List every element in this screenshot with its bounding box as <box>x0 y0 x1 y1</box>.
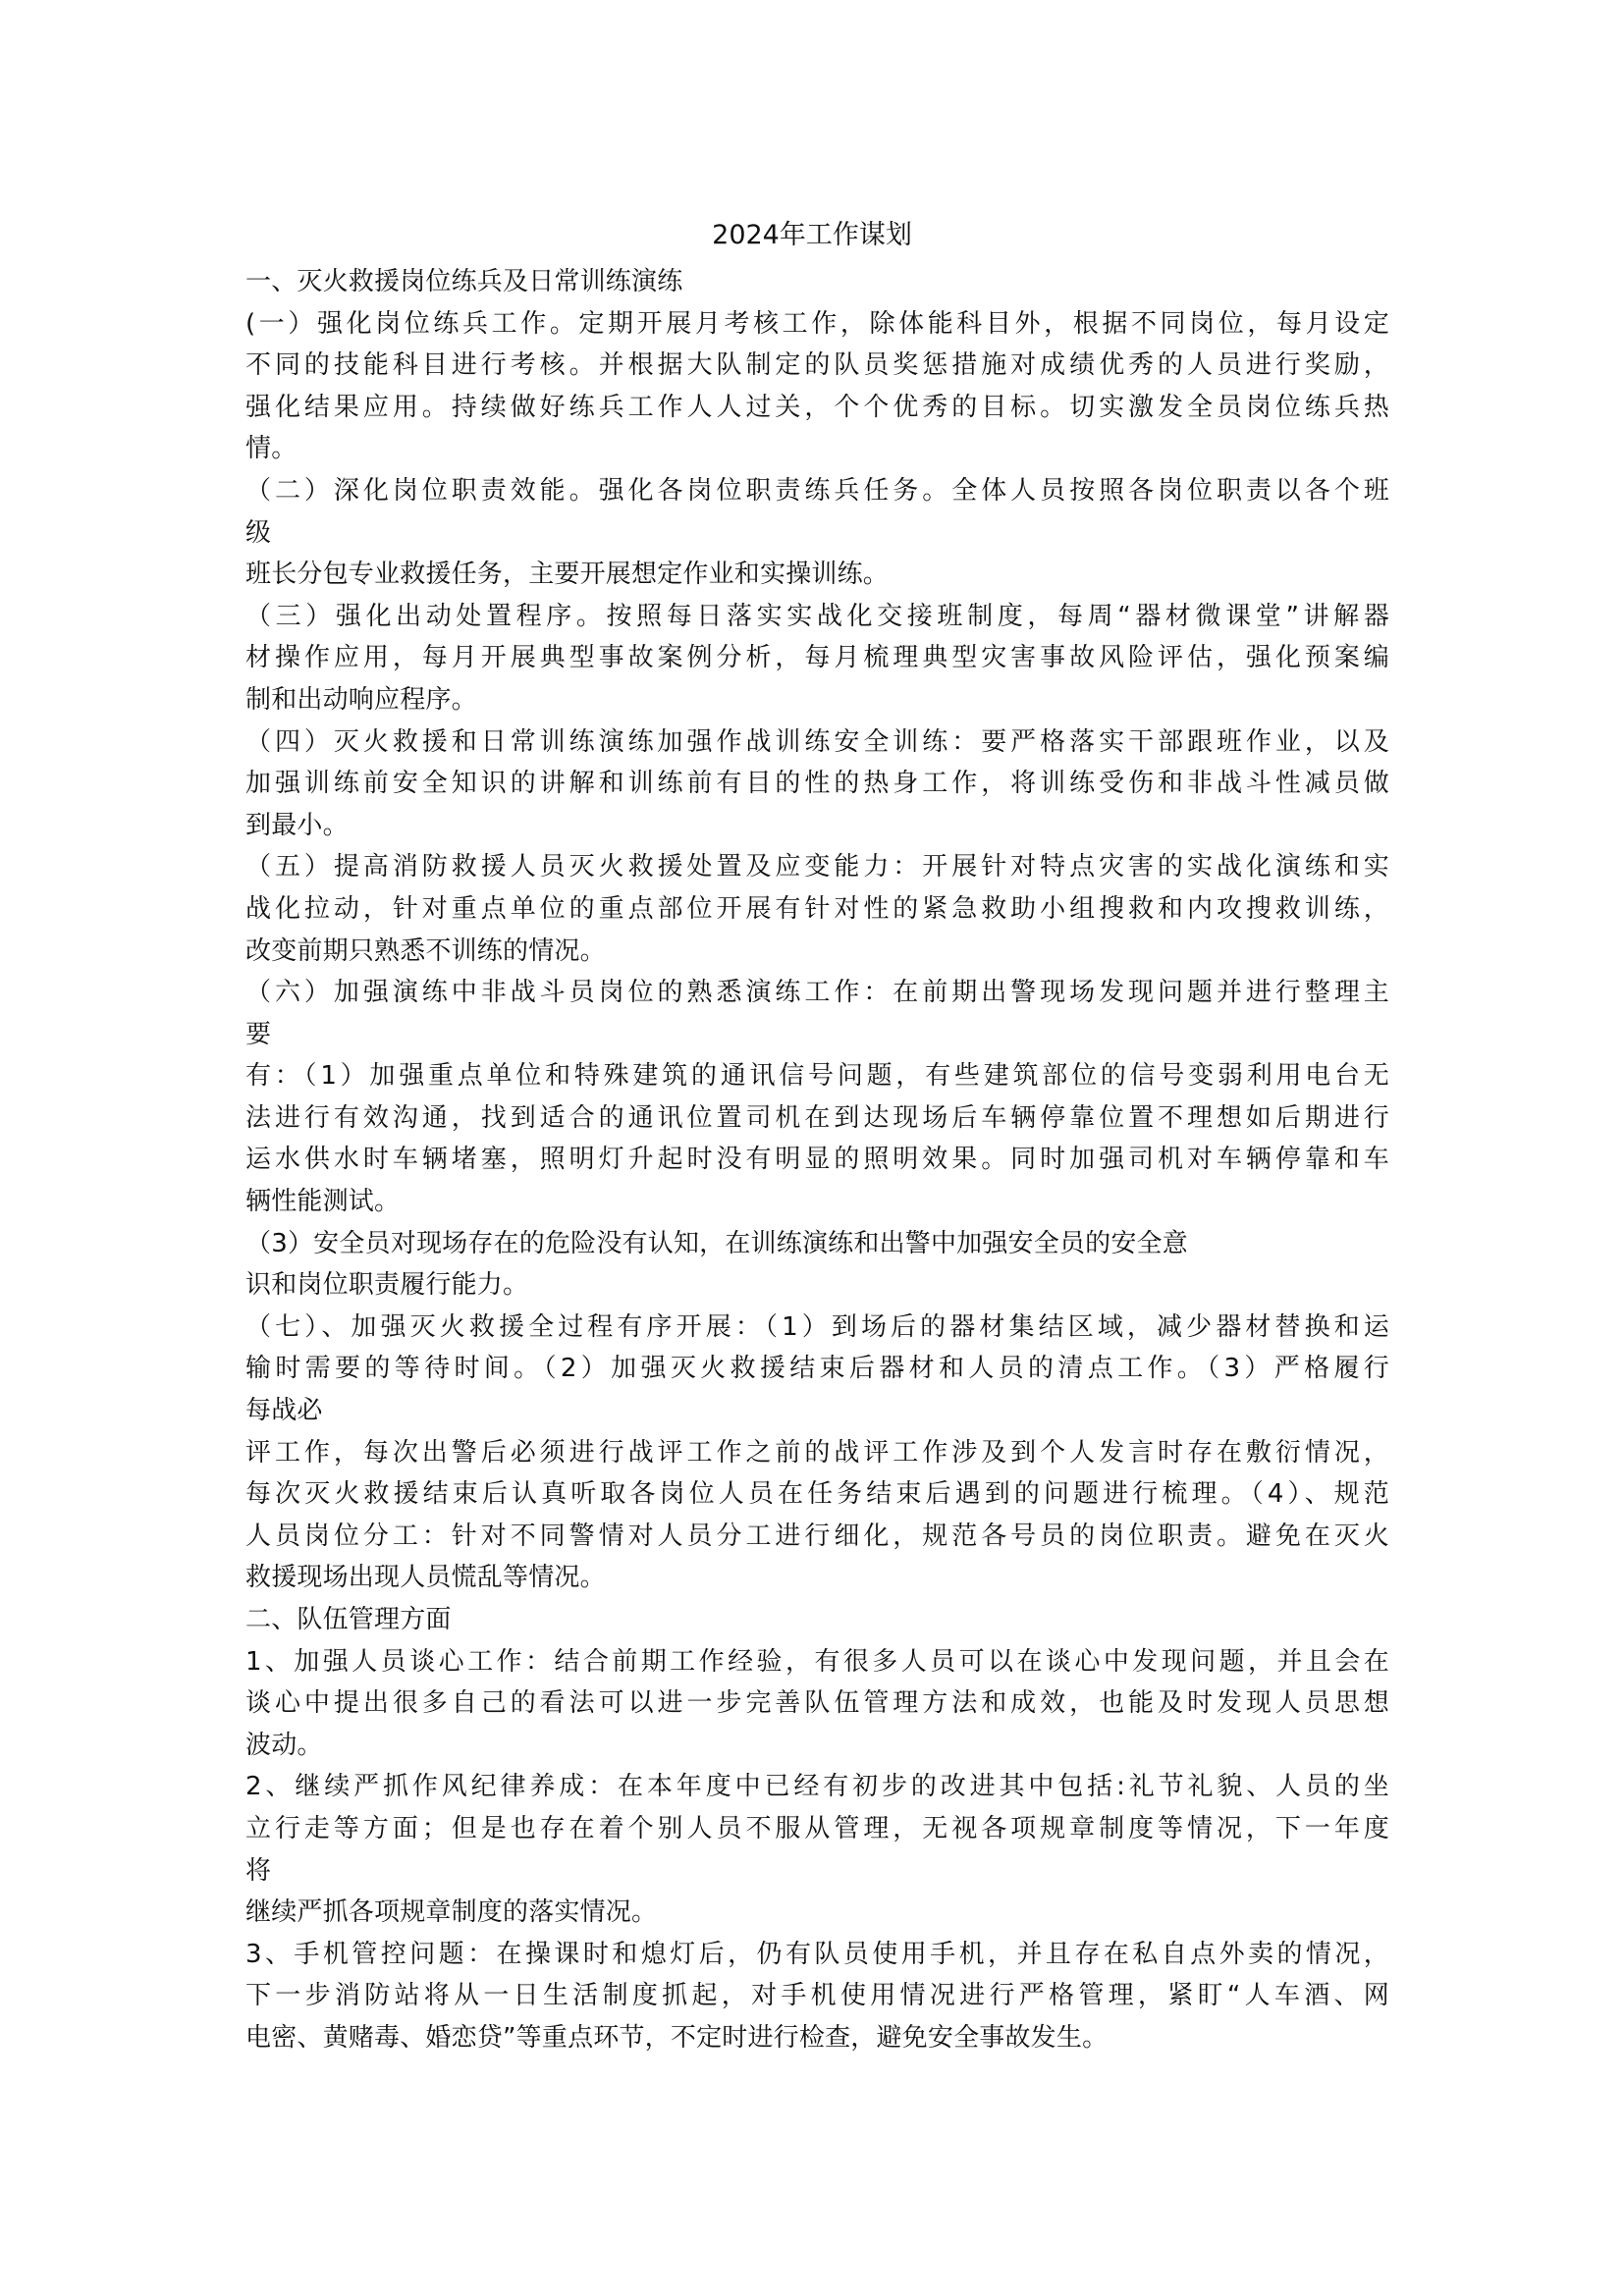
text-line: （二）深化岗位职责效能。强化各岗位职责练兵任务。全体人员按照各岗位职责以各个班 <box>245 470 1389 512</box>
text-line: 法进行有效沟通，找到适合的通讯位置司机在到达现场后车辆停靠位置不理想如后期进行 <box>245 1097 1389 1140</box>
document-page: 2024年工作谋划 一、灭火救援岗位练兵及日常训练演练(一）强化岗位练兵工作。定… <box>0 0 1624 2296</box>
document-title: 2024年工作谋划 <box>0 216 1624 255</box>
text-line: 一、灭火救援岗位练兵及日常训练演练 <box>245 261 1389 303</box>
text-line: 1、加强人员谈心工作：结合前期工作经验，有很多人员可以在谈心中发现问题，并且会在 <box>245 1641 1389 1683</box>
text-line: 改变前期只熟悉不训练的情况。 <box>245 931 1389 973</box>
text-line: 救援现场出现人员慌乱等情况。 <box>245 1557 1389 1599</box>
text-line: 电密、黄赌毒、婚恋贷”等重点环节，不定时进行检查，避免安全事故发生。 <box>245 2017 1389 2059</box>
text-line: 辆性能测试。 <box>245 1181 1389 1223</box>
text-line: 班长分包专业救援任务，主要开展想定作业和实操训练。 <box>245 554 1389 596</box>
text-line: （三）强化出动处置程序。按照每日落实实战化交接班制度，每周“器材微课堂”讲解器 <box>245 596 1389 638</box>
text-line: 有：（1）加强重点单位和特殊建筑的通讯信号问题，有些建筑部位的信号变弱利用电台无 <box>245 1055 1389 1097</box>
text-line: 3、手机管控问题：在操课时和熄灯后，仍有队员使用手机，并且存在私自点外卖的情况， <box>245 1934 1389 1976</box>
text-line: 人员岗位分工：针对不同警情对人员分工进行细化，规范各号员的岗位职责。避免在灭火 <box>245 1516 1389 1558</box>
text-line: 评工作，每次出警后必须进行战评工作之前的战评工作涉及到个人发言时存在敷衍情况， <box>245 1432 1389 1474</box>
text-line: 强化结果应用。持续做好练兵工作人人过关，个个优秀的目标。切实激发全员岗位练兵热 <box>245 387 1389 429</box>
text-line: 将 <box>245 1850 1389 1893</box>
text-line: （六）加强演练中非战斗员岗位的熟悉演练工作：在前期出警现场发现问题并进行整理主 <box>245 972 1389 1014</box>
text-line: 波动。 <box>245 1725 1389 1767</box>
text-line: 识和岗位职责履行能力。 <box>245 1264 1389 1307</box>
text-line: 2、继续严抓作风纪律养成：在本年度中已经有初步的改进其中包括:礼节礼貌、人员的坐 <box>245 1766 1389 1808</box>
text-line: （四）灭火救援和日常训练演练加强作战训练安全训练：要严格落实干部跟班作业，以及 <box>245 721 1389 764</box>
text-line: （3）安全员对现场存在的危险没有认知，在训练演练和出警中加强安全员的安全意 <box>245 1223 1389 1265</box>
text-line: 战化拉动，针对重点单位的重点部位开展有针对性的紧急救助小组搜救和内攻搜救训练， <box>245 888 1389 931</box>
text-line: 不同的技能科目进行考核。并根据大队制定的队员奖惩措施对成绩优秀的人员进行奖励， <box>245 345 1389 387</box>
text-line: 运水供水时车辆堵塞，照明灯升起时没有明显的照明效果。同时加强司机对车辆停靠和车 <box>245 1139 1389 1181</box>
text-line: (一）强化岗位练兵工作。定期开展月考核工作，除体能科目外，根据不同岗位，每月设定 <box>245 303 1389 346</box>
text-line: 立行走等方面；但是也存在着个别人员不服从管理，无视各项规章制度等情况，下一年度 <box>245 1808 1389 1850</box>
text-line: 制和出动响应程序。 <box>245 679 1389 721</box>
text-line: 输时需要的等待时间。（2）加强灭火救援结束后器材和人员的清点工作。（3）严格履行 <box>245 1348 1389 1390</box>
text-line: 到最小。 <box>245 805 1389 847</box>
document-body: 一、灭火救援岗位练兵及日常训练演练(一）强化岗位练兵工作。定期开展月考核工作，除… <box>245 261 1389 2059</box>
text-line: 继续严抓各项规章制度的落实情况。 <box>245 1892 1389 1934</box>
text-line: 要 <box>245 1014 1389 1056</box>
text-line: （七）、加强灭火救援全过程有序开展：（1）到场后的器材集结区域，减少器材替换和运 <box>245 1307 1389 1349</box>
text-line: 材操作应用，每月开展典型事故案例分析，每月梳理典型灾害事故风险评估，强化预案编 <box>245 637 1389 679</box>
text-line: 谈心中提出很多自己的看法可以进一步完善队伍管理方法和成效，也能及时发现人员思想 <box>245 1682 1389 1725</box>
text-line: 每战必 <box>245 1390 1389 1432</box>
text-line: （五）提高消防救援人员灭火救援处置及应变能力：开展针对特点灾害的实战化演练和实 <box>245 846 1389 888</box>
text-line: 加强训练前安全知识的讲解和训练前有目的性的热身工作，将训练受伤和非战斗性减员做 <box>245 763 1389 805</box>
text-line: 下一步消防站将从一日生活制度抓起，对手机使用情况进行严格管理，紧盯“人车酒、网 <box>245 1975 1389 2017</box>
text-line: 二、队伍管理方面 <box>245 1599 1389 1641</box>
text-line: 每次灭火救援结束后认真听取各岗位人员在任务结束后遇到的问题进行梳理。（4）、规范 <box>245 1473 1389 1516</box>
text-line: 情。 <box>245 428 1389 470</box>
text-line: 级 <box>245 512 1389 555</box>
